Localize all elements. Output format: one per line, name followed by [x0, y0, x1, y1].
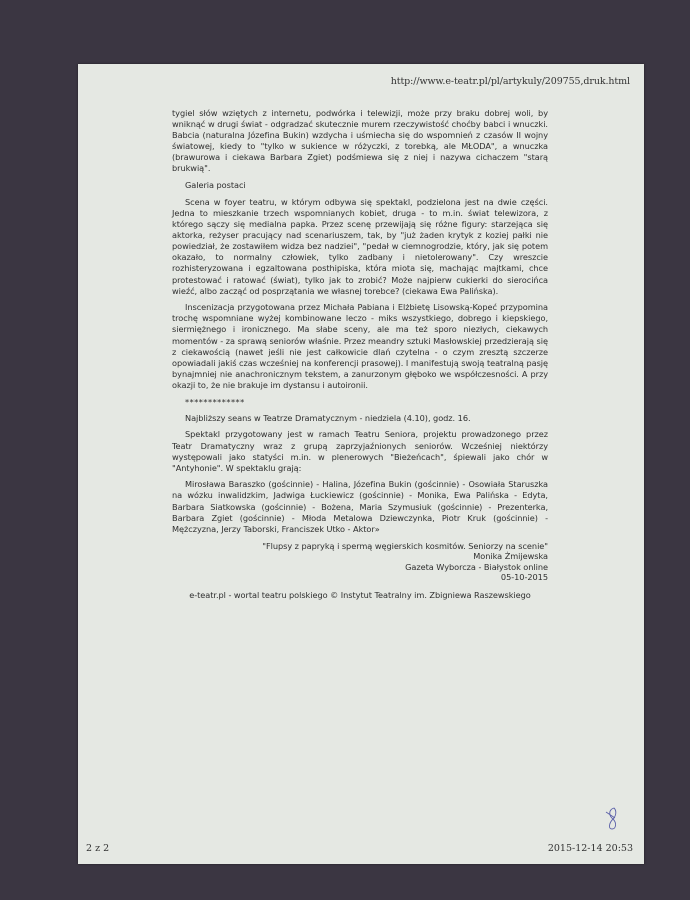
article-paragraph: Scena w foyer teatru, w którym odbywa si… — [172, 197, 548, 297]
article-paragraph: Spektakl przygotowany jest w ramach Teat… — [172, 429, 548, 473]
print-timestamp: 2015-12-14 20:53 — [548, 843, 633, 854]
article-source: "Flupsy z papryką i spermą węgierskich k… — [172, 541, 548, 583]
article-paragraph: tygiel słów wziętych z internetu, podwór… — [172, 108, 548, 175]
handwritten-page-mark-icon — [602, 806, 622, 832]
article-paragraph: Najbliższy seans w Teatrze Dramatycznym … — [172, 413, 548, 424]
portal-credit: e-teatr.pl - wortal teatru polskiego © I… — [172, 590, 548, 601]
source-publication: Gazeta Wyborcza - Białystok online — [172, 562, 548, 573]
source-author: Monika Żmijewska — [172, 551, 548, 562]
cast-list: Mirosława Baraszko (gościnnie) - Halina,… — [172, 479, 548, 534]
source-date: 05-10-2015 — [172, 572, 548, 583]
article-paragraph: Inscenizacja przygotowana przez Michała … — [172, 302, 548, 391]
document-page: http://www.e-teatr.pl/pl/artykuly/209755… — [78, 64, 644, 864]
source-title: "Flupsy z papryką i spermą węgierskich k… — [172, 541, 548, 552]
page-number: 2 z 2 — [86, 843, 109, 854]
page-url-header: http://www.e-teatr.pl/pl/artykuly/209755… — [391, 76, 630, 87]
article-body: tygiel słów wziętych z internetu, podwór… — [172, 108, 548, 601]
section-heading: Galeria postaci — [172, 180, 548, 191]
separator: ************* — [172, 397, 548, 408]
